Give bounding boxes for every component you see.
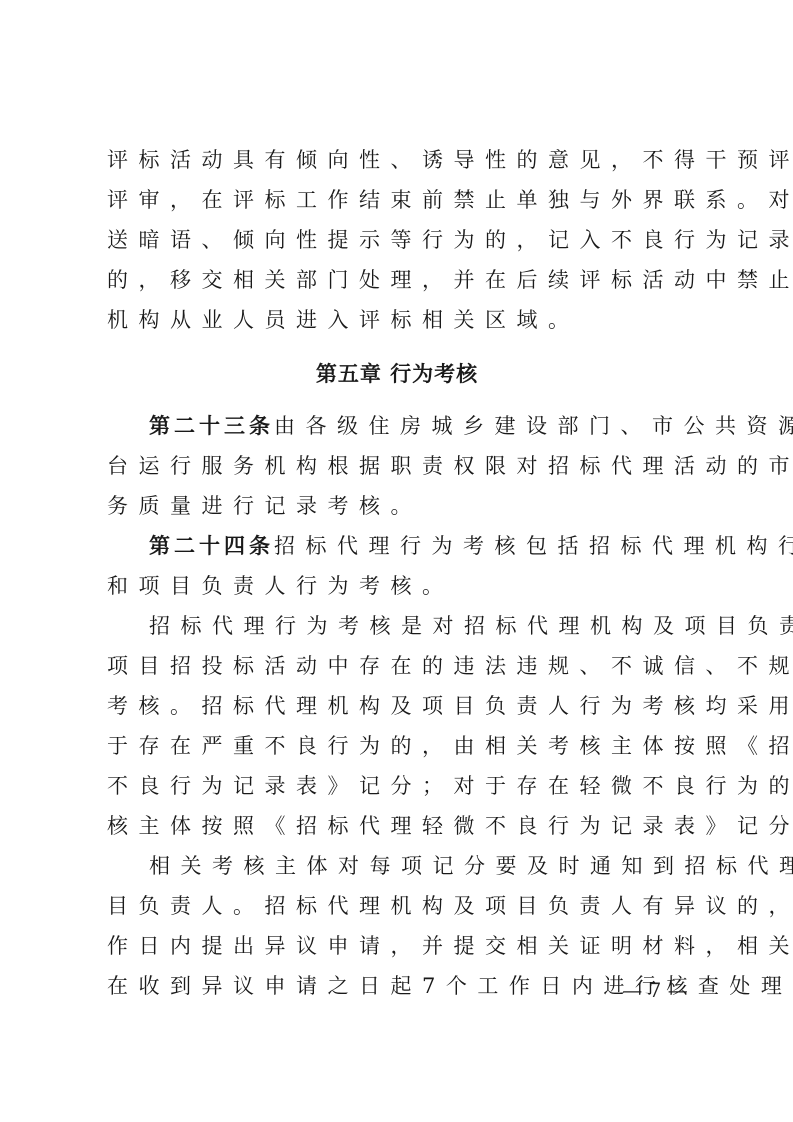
text-line: 评标活动具有倾向性、诱导性的意见，不得干预评标专家独立	[107, 140, 687, 180]
article-text: 招标代理行为考核包括招标代理机构行为考核	[274, 534, 793, 558]
text-line: 台运行服务机构根据职责权限对招标代理活动的市场行为和服	[107, 446, 687, 486]
document-page: 评标活动具有倾向性、诱导性的意见，不得干预评标专家独立 评审，在评标工作结束前禁…	[0, 0, 793, 1122]
text-line: 务质量进行记录考核。	[107, 486, 687, 526]
text-line: 项目招投标活动中存在的违法违规、不诚信、不规范行为进行	[107, 646, 687, 686]
article-23: 第二十三条由各级住房城乡建设部门、市公共资源交易平 台运行服务机构根据职责权限对…	[107, 406, 687, 526]
text-line: 核主体按照《招标代理轻微不良行为记录表》记分。	[107, 806, 687, 846]
page-number: — 7 —	[620, 978, 690, 1002]
text-line: 送暗语、倾向性提示等行为的，记入不良行为记录，情节严重	[107, 220, 687, 260]
article-label: 第二十三条	[149, 414, 274, 438]
text-line: 相关考核主体对每项记分要及时通知到招标代理机构及项	[107, 846, 687, 886]
text-line: 于存在严重不良行为的，由相关考核主体按照《招标代理严重	[107, 726, 687, 766]
article-first-line: 第二十四条招标代理行为考核包括招标代理机构行为考核	[107, 526, 687, 566]
assessment-paragraph: 招标代理行为考核是对招标代理机构及项目负责人在每个 项目招投标活动中存在的违法违…	[107, 606, 687, 846]
text-line: 机构从业人员进入评标相关区域。	[107, 300, 687, 340]
intro-paragraph: 评标活动具有倾向性、诱导性的意见，不得干预评标专家独立 评审，在评标工作结束前禁…	[107, 140, 687, 340]
page-content: 评标活动具有倾向性、诱导性的意见，不得干预评标专家独立 评审，在评标工作结束前禁…	[107, 140, 687, 1006]
text-line: 不良行为记录表》记分；对于存在轻微不良行为的，由相关考	[107, 766, 687, 806]
article-24: 第二十四条招标代理行为考核包括招标代理机构行为考核 和项目负责人行为考核。	[107, 526, 687, 606]
article-label: 第二十四条	[149, 534, 274, 558]
objection-paragraph: 相关考核主体对每项记分要及时通知到招标代理机构及项 目负责人。招标代理机构及项目…	[107, 846, 687, 1006]
text-line: 和项目负责人行为考核。	[107, 566, 687, 606]
text-line: 评审，在评标工作结束前禁止单独与外界联系。对现场存在传	[107, 180, 687, 220]
text-line: 招标代理行为考核是对招标代理机构及项目负责人在每个	[107, 606, 687, 646]
text-line: 在收到异议申请之日起7个工作日内进行核查处理，并将处理	[107, 966, 687, 1006]
chapter-heading: 第五章 行为考核	[107, 346, 687, 402]
text-line: 目负责人。招标代理机构及项目负责人有异议的，应在3个工	[107, 886, 687, 926]
article-first-line: 第二十三条由各级住房城乡建设部门、市公共资源交易平	[107, 406, 687, 446]
text-line: 的，移交相关部门处理，并在后续评标活动中禁止该招标代理	[107, 260, 687, 300]
article-text: 由各级住房城乡建设部门、市公共资源交易平	[274, 414, 793, 438]
text-line: 考核。招标代理机构及项目负责人行为考核均采用记分制，对	[107, 686, 687, 726]
text-line: 作日内提出异议申请，并提交相关证明材料，相关考核主体应	[107, 926, 687, 966]
